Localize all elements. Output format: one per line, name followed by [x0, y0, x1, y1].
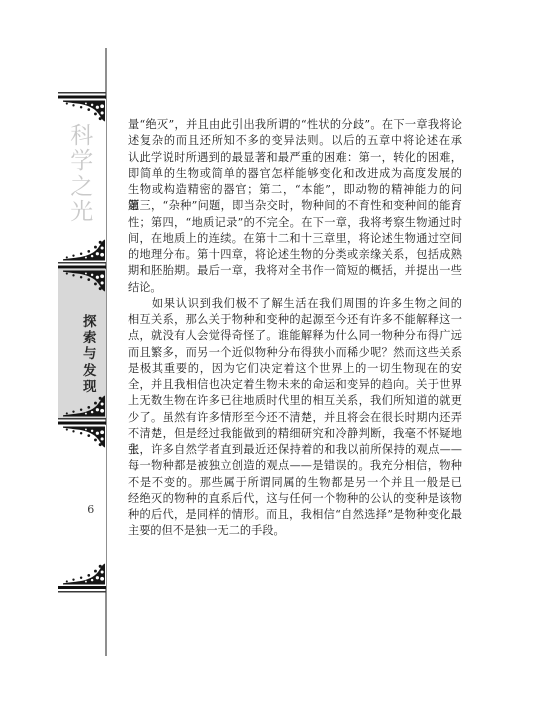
section-title-char: 与	[66, 346, 114, 362]
text-line: 经绝灭的物种的直系后代，这与任何一个物种的公认的变种是该物	[128, 491, 462, 507]
book-page: { "page": { "number": "6" }, "sidebar": …	[0, 0, 550, 711]
lace-corner-ornament	[63, 237, 105, 261]
lace-corner-ornament	[63, 561, 105, 585]
lace-corner-ornament	[63, 100, 105, 124]
lace-corner-ornament	[63, 426, 105, 450]
lace-corner-ornament	[63, 100, 105, 124]
text-line: 述复杂的而且还所知不多的变异法则。以后的五章中将论述在承	[128, 133, 462, 149]
lace-corner-ornament	[63, 561, 105, 585]
text-line: 种的后代，是同样的情形。而且，我相信“自然选择”是物种变化最	[128, 507, 462, 523]
lace-corner-ornament	[63, 426, 105, 450]
body-text: 量“绝灭”，并且由此引出我所谓的“性状的分歧”。在下一章我将论述复杂的而且还所知…	[128, 117, 462, 540]
sidebar-bottom-band	[58, 586, 106, 593]
text-line: 间，在地质上的连续。在第十二和十三章里，将论述生物通过空间	[128, 231, 462, 247]
lace-corner-ornament	[63, 270, 105, 294]
series-title-vertical: 科学之光	[58, 124, 106, 226]
text-line: 如果认识到我们极不了解生活在我们周围的许多生物之间的	[128, 296, 462, 312]
text-line: 主要的但不是独一无二的手段。	[128, 523, 462, 539]
text-line: 点，就没有人会觉得奇怪了。谁能解释为什么同一物种分布得广远	[128, 328, 462, 344]
section-title-vertical: 探索与发现	[66, 314, 114, 396]
text-line: 相互关系，那么关于物种和变种的起源至今还有许多不能解释这一	[128, 312, 462, 328]
text-line: 认此学说时所遇到的最显著和最严重的困难：第一，转化的困难，	[128, 150, 462, 166]
lace-corner-ornament	[63, 270, 105, 294]
text-line: 即简单的生物或简单的器官怎样能够变化和改进成为高度发展的	[128, 166, 462, 182]
sidebar-pagenumber-box: 6	[58, 425, 106, 587]
text-line: 全，并且我相信也决定着生物未来的命运和变异的趋向。关于世界	[128, 377, 462, 393]
sidebar-section-box: 探索与发现	[58, 269, 106, 419]
text-line: 张，许多自然学者直到最近还保持着的和我以前所保持的观点——	[128, 442, 462, 458]
text-line: 上无数生物在许多已往地质时代里的相互关系，我们所知道的就更	[128, 393, 462, 409]
series-title-char: 科	[58, 124, 106, 150]
series-title-char: 光	[58, 200, 106, 226]
text-line: 而且繁多，而另一个近似物种分布得狭小而稀少呢？然而这些关系	[128, 345, 462, 361]
text-line: 性；第四，“地质记录”的不完全。在下一章，我将考察生物通过时	[128, 215, 462, 231]
lace-corner-ornament	[63, 237, 105, 261]
text-line: 生物或构造精密的器官；第二，“本能”，即动物的精神能力的问题；	[128, 182, 462, 198]
lace-corner-ornament	[63, 393, 105, 417]
sidebar-series-box: 科学之光	[58, 99, 106, 263]
text-line: 每一物种都是被独立创造的观点——是错误的。我充分相信，物种	[128, 458, 462, 474]
text-line: 不是不变的。那些属于所谓同属的生物都是另一个并且一般是已	[128, 475, 462, 491]
series-title-char: 学	[58, 149, 106, 175]
section-title-char: 探	[66, 314, 114, 330]
text-line: 量“绝灭”，并且由此引出我所谓的“性状的分歧”。在下一章我将论	[128, 117, 462, 133]
text-line: 是极其重要的，因为它们决定着这个世界上的一切生物现在的安	[128, 361, 462, 377]
text-line: 不清楚，但是经过我能做到的精细研究和冷静判断，我毫不怀疑地主	[128, 426, 462, 442]
page-number: 6	[67, 503, 115, 516]
section-title-char: 索	[66, 330, 114, 346]
text-line: 少了。虽然有许多情形至今还不清楚，并且将会在很长时期内还弄	[128, 410, 462, 426]
series-title-char: 之	[58, 175, 106, 201]
text-line: 结论。	[128, 280, 462, 296]
text-line: 第三，“杂种”问题，即当杂交时，物种间的不育性和变种间的能育	[128, 198, 462, 214]
text-line: 的地理分布。第十四章，将论述生物的分类或亲缘关系，包括成熟	[128, 247, 462, 263]
text-line: 期和胚胎期。最后一章，我将对全书作一简短的概括，并提出一些	[128, 263, 462, 279]
section-title-char: 发	[66, 363, 114, 379]
lace-corner-ornament	[63, 393, 105, 417]
